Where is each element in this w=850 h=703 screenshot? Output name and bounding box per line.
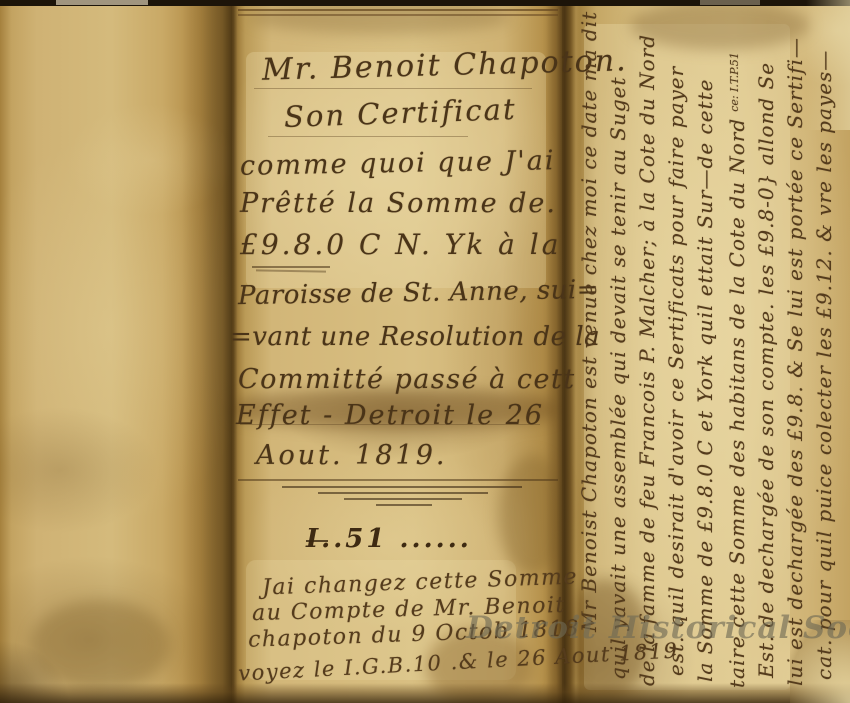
watermark-text: Detroit Historical Society — [466, 610, 850, 646]
manuscript-line: Prêtté la Somme de. — [240, 188, 557, 219]
rotated-text-block: Mr Benoist Chapoton est venue chez moi c… — [563, 0, 850, 690]
rotated-line: cat. pour quil puice colecter les £9.12.… — [810, 0, 839, 690]
rotated-line: de la famme de feu Francois P. Malcher; … — [633, 0, 662, 690]
manuscript-line: Committé passé à cett — [238, 364, 576, 395]
rotated-line: lui est dechargée des £9.8. & Se lui est… — [781, 0, 810, 690]
rotated-line: la Somme de £9.8.0 C et York quil ettait… — [691, 0, 720, 690]
manuscript-scan: Mr. Benoit Chapoton. Son Certificat comm… — [0, 0, 850, 703]
manuscript-line: =vant une Resolution de la — [230, 322, 600, 352]
manuscript-line: £9.8.0 C N. Yk à la — [240, 228, 561, 261]
manuscript-line: comme quoi que J'ai — [240, 145, 556, 182]
manuscript-line: Paroisse de St. Anne, sui= — [238, 275, 599, 311]
rotated-line: est. quil desirait d'avoir ce Sertificat… — [662, 0, 691, 690]
rotated-line-text: taire cette Somme des habitans de la Cot… — [725, 118, 749, 688]
scan-edge-highlight — [56, 0, 148, 5]
rotated-line: quil yavait une assemblée qui devait se … — [604, 0, 633, 690]
reference-number: I..51 ...... — [306, 524, 472, 554]
manuscript-line: Effet - Detroit le 26 — [236, 400, 544, 431]
manuscript-line: Aout. 1819. — [256, 440, 447, 471]
rotated-line: taire cette Somme des habitans de la Cot… — [720, 0, 752, 690]
left-panel-blank-page — [0, 0, 232, 703]
interline-note: ce: I.T.P.51 — [728, 52, 741, 118]
rotated-line: Mr Benoist Chapoton est venue chez moi c… — [575, 0, 604, 690]
rotated-line: Est. de dechargée de son compte. les £9.… — [752, 0, 781, 690]
